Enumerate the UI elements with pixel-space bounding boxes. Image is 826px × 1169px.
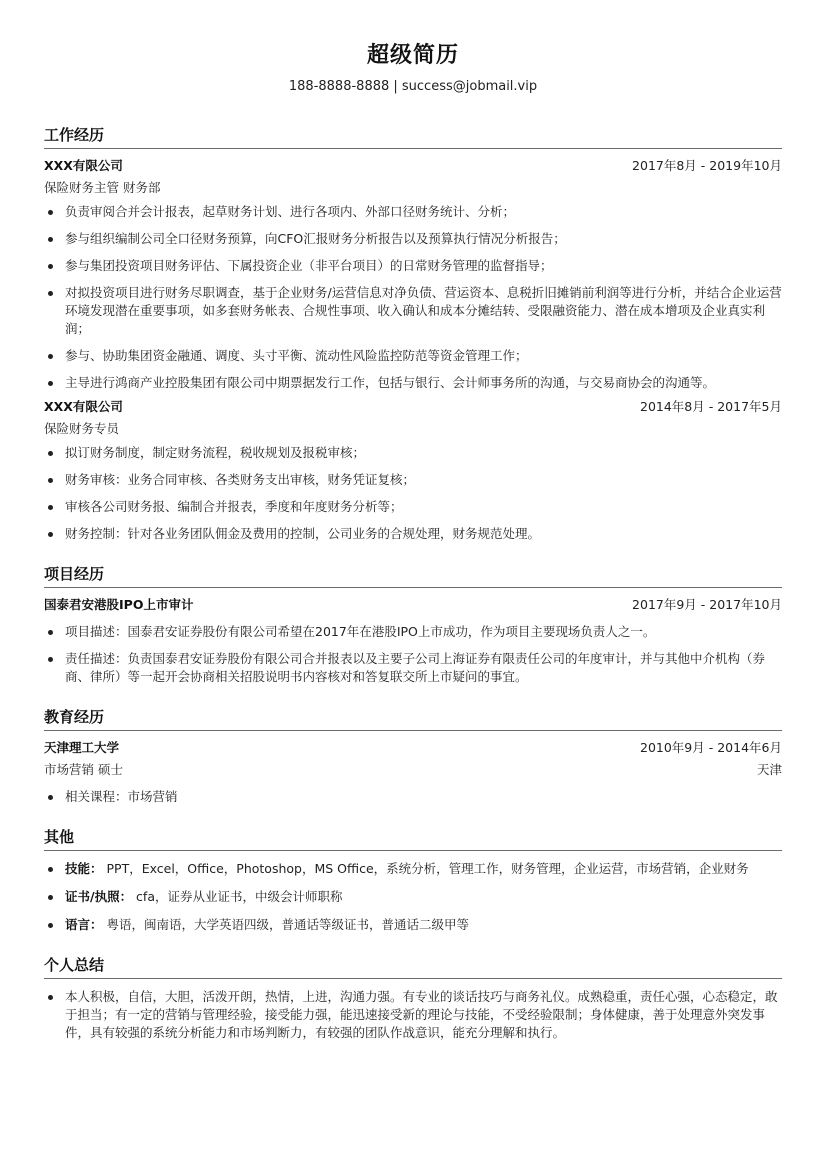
bullet-icon [48,381,53,386]
section-work-experience: 工作经历 XXX有限公司 2017年8月 - 2019年10月 保险财务主管 财… [44,124,782,543]
section-title-projects: 项目经历 [44,563,782,588]
work-entry-header: XXX有限公司 2017年8月 - 2019年10月 [44,157,782,175]
bullet-icon [48,867,53,872]
work-entry: XXX有限公司 2014年8月 - 2017年5月 保险财务专员 拟订财务制度，… [44,398,782,543]
candidate-name: 超级简历 [44,40,782,72]
education-entry-header: 天津理工大学 2010年9月 - 2014年6月 [44,739,782,757]
project-bullets: 项目描述：国泰君安证券股份有限公司希望在2017年在港股IPO上市成功，作为项目… [44,623,782,686]
bullet-icon [48,451,53,456]
bullet-icon [48,505,53,510]
bullet-icon [48,264,53,269]
certificates-value: cfa，证券从业证书，中级会计师职称 [132,889,342,904]
section-summary: 个人总结 本人积极，自信，大胆，活泼开朗，热情，上进，沟通力强。有专业的谈话技巧… [44,954,782,1042]
company-name: XXX有限公司 [44,398,123,416]
other-bullets: 技能： PPT，Excel，Office，Photoshop，MS Office… [44,860,782,934]
resume-header: 超级简历 188-8888-8888 | success@jobmail.vip [44,0,782,96]
education-date-range: 2010年9月 - 2014年6月 [640,739,782,757]
skills-item: 技能： PPT，Excel，Office，Photoshop，MS Office… [44,860,782,878]
work-bullets: 拟订财务制度，制定财务流程，税收规划及报税审核； 财务审核：业务合同审核、各类财… [44,444,782,543]
bullet-icon [48,657,53,662]
project-entry-header: 国泰君安港股IPO上市审计 2017年9月 - 2017年10月 [44,596,782,614]
bullet-icon [48,630,53,635]
certificates-item: 证书/执照： cfa，证券从业证书，中级会计师职称 [44,888,782,906]
company-name: XXX有限公司 [44,157,123,175]
section-title-other: 其他 [44,826,782,851]
list-item: 负责审阅合并会计报表，起草财务计划、进行各项内、外部口径财务统计、分析； [44,203,782,221]
list-item: 拟订财务制度，制定财务流程，税收规划及报税审核； [44,444,782,462]
education-bullets: 相关课程：市场营销 [44,788,782,806]
section-title-education: 教育经历 [44,706,782,731]
list-item: 对拟投资项目进行财务尽职调查，基于企业财务/运营信息对净负债、营运资本、息税折旧… [44,284,782,338]
education-entry: 天津理工大学 2010年9月 - 2014年6月 市场营销 硕士 天津 相关课程… [44,739,782,806]
skills-label: 技能： [65,861,103,876]
resume-page: 超级简历 188-8888-8888 | success@jobmail.vip… [0,0,826,1169]
list-item: 财务审核：业务合同审核、各类财务支出审核，财务凭证复核； [44,471,782,489]
list-item: 本人积极，自信，大胆，活泼开朗，热情，上进，沟通力强。有专业的谈话技巧与商务礼仪… [44,988,782,1042]
list-item: 主导进行鸿商产业控股集团有限公司中期票据发行工作，包括与银行、会计师事务所的沟通… [44,374,782,392]
section-title-summary: 个人总结 [44,954,782,979]
bullet-icon [48,995,53,1000]
bullet-icon [48,237,53,242]
education-details: 市场营销 硕士 天津 [44,761,782,779]
work-role: 保险财务主管 财务部 [44,179,782,197]
job-title: 保险财务主管 财务部 [44,179,160,197]
major-degree: 市场营销 硕士 [44,761,123,779]
languages-value: 粤语，闽南语，大学英语四级，普通话等级证书，普通话二级甲等 [103,917,469,932]
section-title-work: 工作经历 [44,124,782,149]
work-role: 保险财务专员 [44,420,782,438]
list-item: 财务控制：针对各业务团队佣金及费用的控制，公司业务的合规处理，财务规范处理。 [44,525,782,543]
section-projects: 项目经历 国泰君安港股IPO上市审计 2017年9月 - 2017年10月 项目… [44,563,782,686]
project-entry: 国泰君安港股IPO上市审计 2017年9月 - 2017年10月 项目描述：国泰… [44,596,782,686]
list-item: 参与集团投资项目财务评估、下属投资企业（非平台项目）的日常财务管理的监督指导； [44,257,782,275]
section-education: 教育经历 天津理工大学 2010年9月 - 2014年6月 市场营销 硕士 天津… [44,706,782,806]
education-location: 天津 [757,761,782,779]
skills-value: PPT，Excel，Office，Photoshop，MS Office，系统分… [103,861,749,876]
bullet-icon [48,210,53,215]
bullet-icon [48,895,53,900]
bullet-icon [48,795,53,800]
work-date-range: 2017年8月 - 2019年10月 [632,157,782,175]
bullet-icon [48,923,53,928]
project-name: 国泰君安港股IPO上市审计 [44,596,193,614]
languages-item: 语言： 粤语，闽南语，大学英语四级，普通话等级证书，普通话二级甲等 [44,916,782,934]
list-item: 项目描述：国泰君安证券股份有限公司希望在2017年在港股IPO上市成功，作为项目… [44,623,782,641]
list-item: 责任描述：负责国泰君安证券股份有限公司合并报表以及主要子公司上海证券有限责任公司… [44,650,782,686]
list-item: 参与、协助集团资金融通、调度、头寸平衡、流动性风险监控防范等资金管理工作； [44,347,782,365]
certificates-label: 证书/执照： [65,889,132,904]
bullet-icon [48,532,53,537]
list-item: 参与组织编制公司全口径财务预算，向CFO汇报财务分析报告以及预算执行情况分析报告… [44,230,782,248]
list-item: 审核各公司财务报、编制合并报表，季度和年度财务分析等； [44,498,782,516]
contact-info: 188-8888-8888 | success@jobmail.vip [44,78,782,96]
school-name: 天津理工大学 [44,739,119,757]
work-date-range: 2014年8月 - 2017年5月 [640,398,782,416]
bullet-icon [48,478,53,483]
work-bullets: 负责审阅合并会计报表，起草财务计划、进行各项内、外部口径财务统计、分析； 参与组… [44,203,782,392]
bullet-icon [48,354,53,359]
work-entry-header: XXX有限公司 2014年8月 - 2017年5月 [44,398,782,416]
summary-bullets: 本人积极，自信，大胆，活泼开朗，热情，上进，沟通力强。有专业的谈话技巧与商务礼仪… [44,988,782,1042]
work-entry: XXX有限公司 2017年8月 - 2019年10月 保险财务主管 财务部 负责… [44,157,782,392]
job-title: 保险财务专员 [44,420,119,438]
section-other: 其他 技能： PPT，Excel，Office，Photoshop，MS Off… [44,826,782,934]
list-item: 相关课程：市场营销 [44,788,782,806]
project-date-range: 2017年9月 - 2017年10月 [632,596,782,614]
bullet-icon [48,291,53,296]
languages-label: 语言： [65,917,103,932]
